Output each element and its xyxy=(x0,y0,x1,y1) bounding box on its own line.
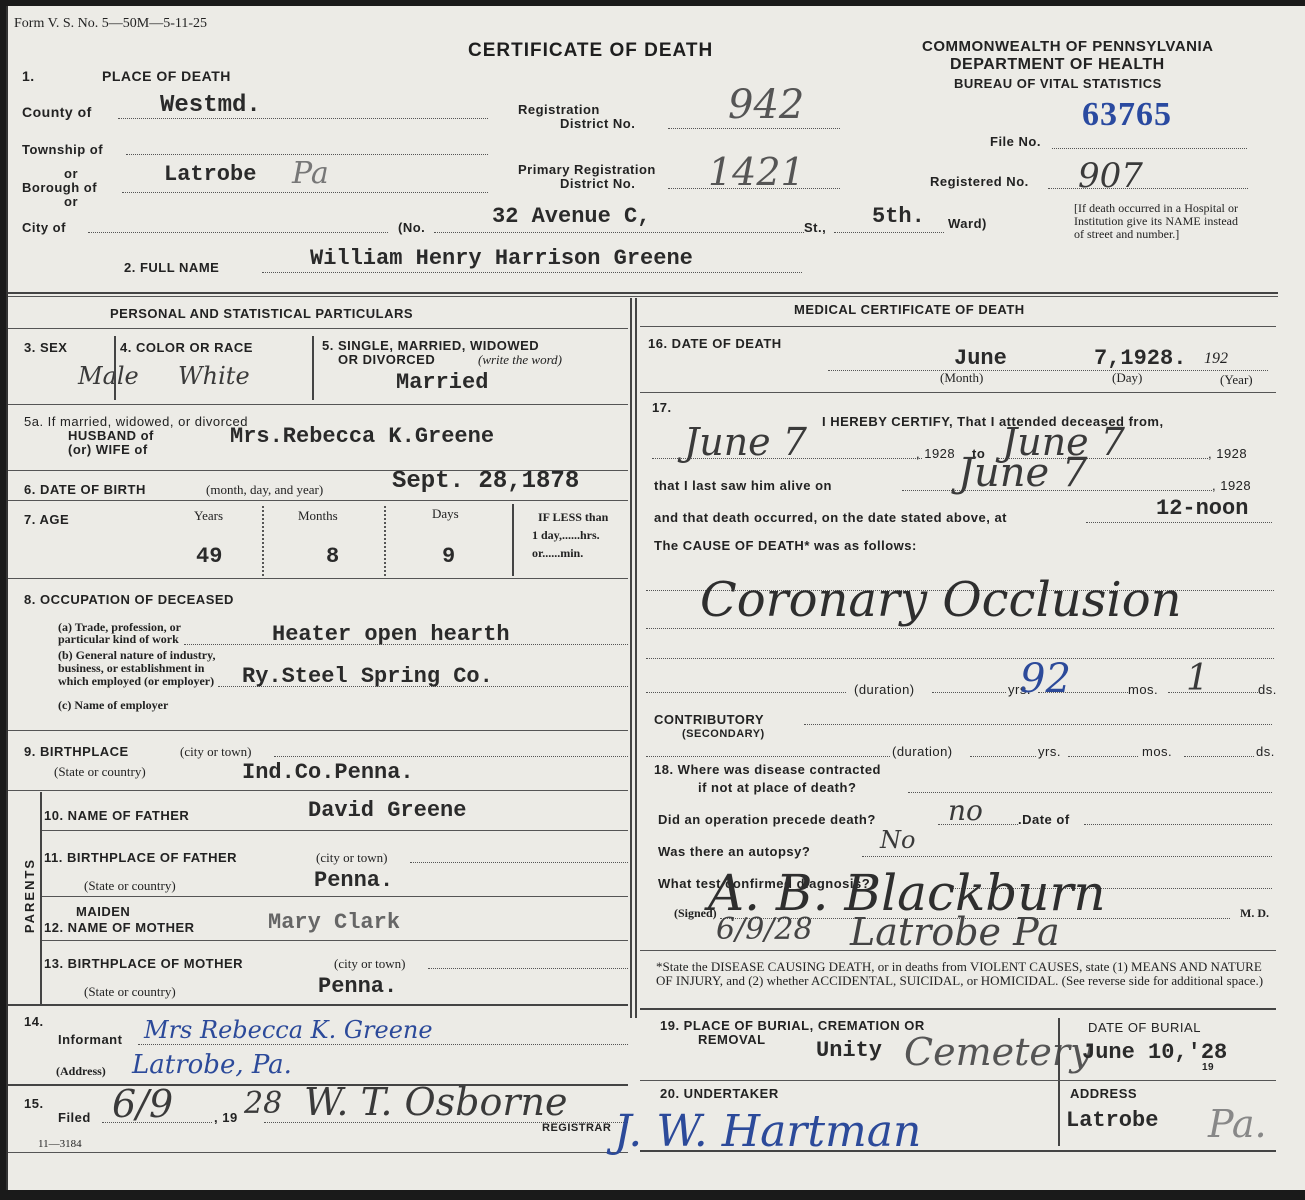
secondary-label: (SECONDARY) xyxy=(682,728,765,740)
undertaker-label: 20. UNDERTAKER xyxy=(660,1086,779,1101)
reg-district-label: Registration xyxy=(518,102,600,117)
spouse-label: 5a. If married, widowed, or divorced xyxy=(24,414,248,429)
or-label: or xyxy=(64,166,78,181)
occupation-label: 8. OCCUPATION OF DECEASED xyxy=(24,592,234,607)
filed-year-value: 28 xyxy=(244,1086,282,1121)
age-months-label: Months xyxy=(298,508,338,524)
duration-label: (duration) xyxy=(854,682,915,697)
borough-label: Borough of xyxy=(22,180,97,195)
contributory-label: CONTRIBUTORY xyxy=(654,712,764,727)
spouse-label-3: (or) WIFE of xyxy=(68,442,148,457)
burial-date-label: DATE OF BURIAL xyxy=(1088,1020,1201,1035)
section-1-number: 1. xyxy=(22,68,35,84)
day-caption: (Day) xyxy=(1112,370,1142,386)
filed-date-value: 6/9 xyxy=(112,1082,173,1126)
burial-place-hand: Cemetery xyxy=(904,1030,1091,1074)
full-name-label: 2. FULL NAME xyxy=(124,260,219,275)
informant-value: Mrs Rebecca K. Greene xyxy=(144,1016,433,1044)
ward-value: 5th. xyxy=(872,204,925,229)
last-saw-label: that I last saw him alive on xyxy=(654,478,832,493)
mos-label-2: mos. xyxy=(1142,744,1172,759)
race-label: 4. COLOR OR RACE xyxy=(120,340,253,355)
hospital-note: [If death occurred in a Hospital or Inst… xyxy=(1074,202,1238,241)
dod-month: June xyxy=(954,346,1007,371)
dob-label: 6. DATE OF BIRTH xyxy=(24,482,146,497)
medical-heading: MEDICAL CERTIFICATE OF DEATH xyxy=(794,302,1025,317)
place-of-death-heading: PLACE OF DEATH xyxy=(102,68,231,84)
agency-line-3: BUREAU OF VITAL STATISTICS xyxy=(954,76,1162,91)
contracted-label: 18. Where was disease contracted xyxy=(654,762,881,777)
death-time-value: 12-noon xyxy=(1156,496,1248,521)
dob-value: Sept. 28,1878 xyxy=(392,468,579,495)
registered-no-label: Registered No. xyxy=(930,174,1029,189)
mother-maiden-label: MAIDEN xyxy=(76,904,130,919)
birthplace-city-note: (city or town) xyxy=(180,744,251,760)
agency-line-2: DEPARTMENT OF HEALTH xyxy=(950,56,1165,74)
dob-note: (month, day, and year) xyxy=(206,482,323,498)
primary-reg-value: 1421 xyxy=(708,150,805,194)
duration-annotation: 92 xyxy=(1020,656,1071,702)
age-less-2: 1 day,......hrs. xyxy=(532,528,600,543)
undertaker-address-label: ADDRESS xyxy=(1070,1086,1137,1101)
street-no-label: (No. xyxy=(398,220,425,235)
father-bp-state-note: (State or country) xyxy=(84,878,176,894)
ds-label-2: ds. xyxy=(1256,744,1275,759)
informant-number: 14. xyxy=(24,1014,44,1029)
dod-year-printed: 192 xyxy=(1204,350,1228,368)
cause-value: Coronary Occlusion xyxy=(700,572,1182,628)
street-suffix: St., xyxy=(804,220,826,235)
mother-bp-state-note: (State or country) xyxy=(84,984,176,1000)
burial-place-label: 19. PLACE OF BURIAL, CREMATION OR xyxy=(660,1018,925,1033)
parents-side-label: PARENTS xyxy=(22,858,37,933)
agency-line-1: COMMONWEALTH OF PENNSYLVANIA xyxy=(922,38,1214,55)
informant-address-value: Latrobe, Pa. xyxy=(132,1050,292,1080)
last-saw-value: June 7 xyxy=(958,450,1087,496)
filed-label: Filed xyxy=(58,1110,91,1125)
spouse-value: Mrs.Rebecca K.Greene xyxy=(230,424,494,449)
birthplace-label: 9. BIRTHPLACE xyxy=(24,744,129,759)
md-label: M. D. xyxy=(1240,906,1269,921)
form-code: 11—3184 xyxy=(38,1138,82,1150)
filed-year-prefix: , 19 xyxy=(214,1110,238,1125)
full-name-value: William Henry Harrison Greene xyxy=(310,246,693,271)
registrar-label: REGISTRAR xyxy=(542,1122,611,1134)
marital-label-note: (write the word) xyxy=(478,352,562,368)
ward-label: Ward) xyxy=(948,216,987,231)
signed-date: 6/9/28 xyxy=(716,912,813,947)
age-less-3: or......min. xyxy=(532,546,583,561)
age-days-label: Days xyxy=(432,506,459,522)
attended-from: June 7 xyxy=(684,420,807,464)
occ-b-label-3: which employed (or employer) xyxy=(58,674,214,689)
registrar-signature: W. T. Osborne xyxy=(304,1080,567,1124)
ds-label: ds. xyxy=(1258,682,1277,697)
township-label: Township of xyxy=(22,142,103,157)
marital-label: 5. SINGLE, MARRIED, WIDOWED xyxy=(322,338,539,353)
death-time-label: and that death occurred, on the date sta… xyxy=(654,510,1007,525)
certificate-title: CERTIFICATE OF DEATH xyxy=(468,40,713,62)
date-of-label: .Date of xyxy=(1018,812,1070,827)
borough-value: Latrobe xyxy=(164,162,256,187)
personal-heading: PERSONAL AND STATISTICAL PARTICULARS xyxy=(110,306,413,321)
marital-label-2: OR DIVORCED xyxy=(338,352,435,367)
age-less-1: IF LESS than xyxy=(538,510,608,525)
age-label: 7. AGE xyxy=(24,512,69,527)
address-label: (Address) xyxy=(56,1064,106,1079)
form-number: Form V. S. No. 5—50M—5-11-25 xyxy=(14,16,207,32)
operation-label: Did an operation precede death? xyxy=(658,812,876,827)
occ-a-label-2: particular kind of work xyxy=(58,632,179,647)
occ-a-value: Heater open hearth xyxy=(272,622,510,647)
file-number-stamp: 63765 xyxy=(1082,96,1172,134)
attended-to-year: , 1928 xyxy=(1208,446,1247,461)
or-label: or xyxy=(64,194,78,209)
county-label: County of xyxy=(22,104,92,120)
contracted-label-2: if not at place of death? xyxy=(698,780,856,795)
sex-label: 3. SEX xyxy=(24,340,67,355)
father-bp-city-note: (city or town) xyxy=(316,850,387,866)
reg-district-value: 942 xyxy=(728,82,804,128)
father-label: 10. NAME OF FATHER xyxy=(44,808,189,823)
last-saw-year: , 1928 xyxy=(1212,478,1251,493)
street-value: 32 Avenue C, xyxy=(492,204,650,229)
sex-value: Male xyxy=(78,362,139,390)
mother-bp-value: Penna. xyxy=(318,974,397,999)
county-value: Westmd. xyxy=(160,92,261,119)
informant-label: Informant xyxy=(58,1032,122,1047)
month-caption: (Month) xyxy=(940,370,983,386)
burial-place-typed: Unity xyxy=(816,1038,882,1063)
birthplace-value: Ind.Co.Penna. xyxy=(242,760,414,785)
dod-label: 16. DATE OF DEATH xyxy=(648,336,782,351)
mother-bp-label: 13. BIRTHPLACE OF MOTHER xyxy=(44,956,243,971)
cause-label: The CAUSE OF DEATH* was as follows: xyxy=(654,538,917,553)
spouse-label-2: HUSBAND of xyxy=(68,428,154,443)
autopsy-label: Was there an autopsy? xyxy=(658,844,810,859)
primary-reg-label-2: District No. xyxy=(560,176,635,191)
yrs-label-2: yrs. xyxy=(1038,744,1061,759)
borough-handwritten: Pa xyxy=(292,156,329,191)
occ-b-value: Ry.Steel Spring Co. xyxy=(242,664,493,689)
mos-label: mos. xyxy=(1128,682,1158,697)
filed-number: 15. xyxy=(24,1096,44,1111)
age-days-value: 9 xyxy=(442,544,455,569)
attended-from-year: , 1928 xyxy=(916,446,955,461)
cert-number: 17. xyxy=(652,400,672,415)
occ-c-label: (c) Name of employer xyxy=(58,698,168,713)
registered-no-value: 907 xyxy=(1078,156,1143,196)
city-label: City of xyxy=(22,220,66,235)
primary-reg-label: Primary Registration xyxy=(518,162,656,177)
cause-footnote: *State the DISEASE CAUSING DEATH, or in … xyxy=(656,960,1276,988)
father-value: David Greene xyxy=(308,798,466,823)
dod-day-year: 7,1928. xyxy=(1094,346,1186,371)
undertaker-address-value: Latrobe xyxy=(1066,1108,1158,1133)
race-value: White xyxy=(178,362,250,390)
autopsy-value: No xyxy=(880,826,915,854)
duration-label-2: (duration) xyxy=(892,744,953,759)
age-months-value: 8 xyxy=(326,544,339,569)
reg-district-label-2: District No. xyxy=(560,116,635,131)
burial-place-label-2: REMOVAL xyxy=(698,1032,766,1047)
age-years-label: Years xyxy=(194,508,223,524)
file-no-label: File No. xyxy=(990,134,1041,149)
year-caption: (Year) xyxy=(1220,372,1253,388)
signed-place: Latrobe Pa xyxy=(850,910,1060,954)
burial-date-year-prefix: 19 xyxy=(1202,1062,1214,1073)
father-bp-label: 11. BIRTHPLACE OF FATHER xyxy=(44,850,237,865)
death-certificate: Form V. S. No. 5—50M—5-11-25 CERTIFICATE… xyxy=(6,6,1305,1190)
mother-value: Mary Clark xyxy=(268,910,400,935)
mother-label: 12. NAME OF MOTHER xyxy=(44,920,195,935)
father-bp-value: Penna. xyxy=(314,868,393,893)
mother-bp-city-note: (city or town) xyxy=(334,956,405,972)
marital-value: Married xyxy=(396,370,488,395)
age-years-value: 49 xyxy=(196,544,222,569)
undertaker-address-hand: Pa. xyxy=(1208,1102,1267,1146)
operation-value: no xyxy=(948,794,983,827)
birthplace-state-note: (State or country) xyxy=(54,764,146,780)
